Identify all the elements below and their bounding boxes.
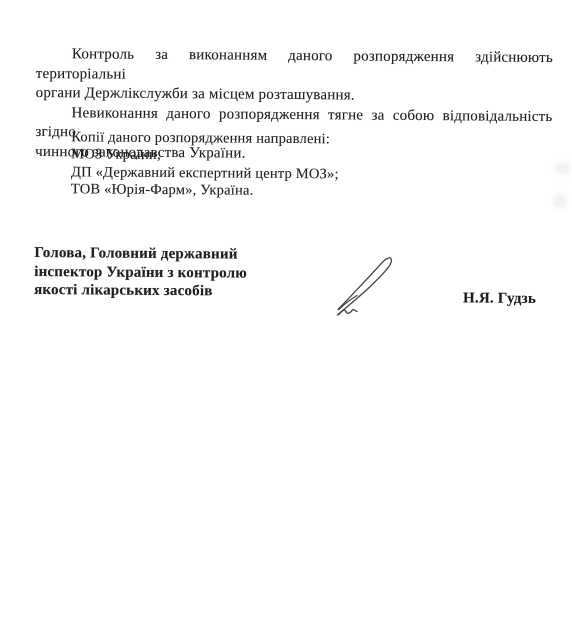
copies-paragraph: Копії даного розпорядження направлені: М… bbox=[71, 129, 492, 202]
paragraph-line: Контроль за виконанням даного розпорядже… bbox=[36, 45, 553, 88]
handwritten-signature bbox=[324, 251, 409, 316]
scan-smudge bbox=[555, 162, 571, 174]
signatory-title-line: інспектор України з контролю bbox=[34, 262, 274, 282]
signatory-title: Голова, Головний державний інспектор Укр… bbox=[34, 244, 274, 301]
copies-recipient: ТОВ «Юрія-Фарм», Україна. bbox=[71, 181, 491, 202]
signatory-title-line: Голова, Головний державний bbox=[34, 244, 274, 264]
signer-name: Н.Я. Гудзь bbox=[463, 290, 536, 308]
document-content: Контроль за виконанням даного розпорядже… bbox=[0, 0, 572, 627]
signatory-title-line: якості лікарських засобів bbox=[34, 281, 274, 301]
scan-smudge bbox=[553, 194, 567, 208]
scanned-document-page: Контроль за виконанням даного розпорядже… bbox=[0, 0, 572, 627]
